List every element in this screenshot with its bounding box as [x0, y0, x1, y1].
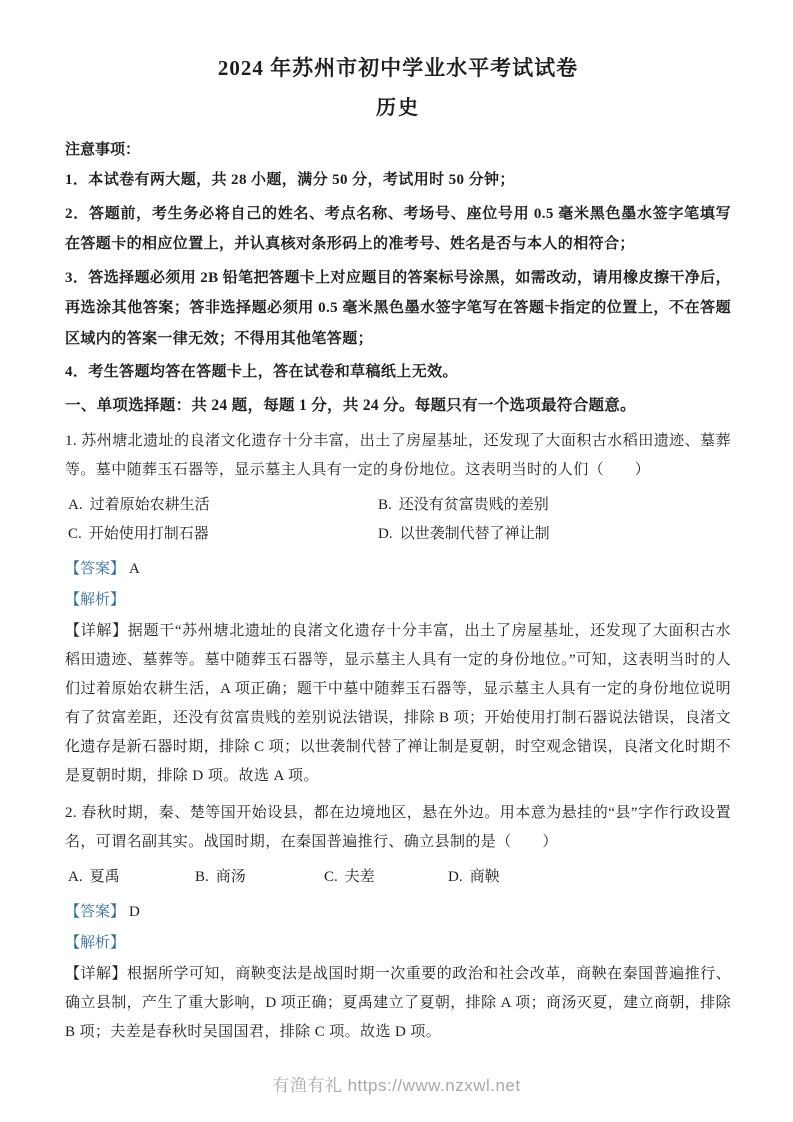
question-2-stem: 2. 春秋时期，秦、楚等国开始设县，都在边境地区，悬在外边。用本意为悬挂的“县”… [65, 799, 731, 857]
notice-section: 注意事项： 1．本试卷有两大题，共 28 小题，满分 50 分，考试用时 50 … [65, 135, 731, 388]
question-1-option-d: D.以世袭制代替了禅让制 [378, 520, 731, 549]
answer-tag: 【答案】 [65, 904, 125, 920]
option-label: A. [68, 497, 83, 513]
option-label: D. [378, 526, 393, 542]
detail-tag: 【详解】 [65, 623, 128, 639]
exam-paper-page: 2024 年苏州市初中学业水平考试试卷 历史 注意事项： 1．本试卷有两大题，共… [0, 0, 793, 1122]
question-1-stem: 1. 苏州塘北遗址的良渚文化遗存十分丰富，出土了房屋基址，还发现了大面积古水稻田… [65, 427, 731, 485]
question-2-detail: 【详解】根据所学可知，商鞅变法是战国时期一次重要的政治和社会改革，商鞅在秦国普遍… [65, 960, 731, 1047]
option-text: 商汤 [216, 869, 246, 885]
question-1-answer-line: 【答案】A [65, 555, 731, 584]
detail-text: 据题干“苏州塘北遗址的良渚文化遗存十分丰富，出土了房屋基址，还发现了大面积古水稻… [65, 623, 731, 784]
question-2-option-a: A.夏禹 [68, 863, 195, 892]
option-label: C. [324, 869, 338, 885]
subject-title: 历史 [65, 96, 731, 121]
option-text: 夏禹 [90, 869, 120, 885]
option-text: 还没有贫富贵贱的差别 [399, 497, 549, 513]
option-label: B. [195, 869, 209, 885]
question-1-analysis-line: 【解析】 [65, 586, 731, 615]
notice-label: 注意事项： [65, 135, 731, 165]
option-text: 过着原始农耕生活 [90, 497, 210, 513]
question-1-detail: 【详解】据题干“苏州塘北遗址的良渚文化遗存十分丰富，出土了房屋基址，还发现了大面… [65, 617, 731, 791]
question-2-analysis-line: 【解析】 [65, 929, 731, 958]
notice-item-3: 3．答选择题必须用 2B 铅笔把答题卡上对应题目的答案标号涂黑，如需改动，请用橡… [65, 263, 731, 355]
question-1-option-a: A.过着原始农耕生活 [68, 491, 378, 520]
section-heading: 一、单项选择题：共 24 题，每题 1 分，共 24 分。每题只有一个选项最符合… [65, 391, 731, 421]
notice-item-4: 4．考生答题均答在答题卡上，答在试卷和草稿纸上无效。 [65, 357, 731, 388]
question-1-options: A.过着原始农耕生活 B.还没有贫富贵贱的差别 C.开始使用打制石器 D.以世袭… [65, 491, 731, 549]
question-1-option-c: C.开始使用打制石器 [68, 520, 378, 549]
analysis-tag: 【解析】 [65, 935, 125, 951]
question-1: 1. 苏州塘北遗址的良渚文化遗存十分丰富，出土了房屋基址，还发现了大面积古水稻田… [65, 427, 731, 791]
question-2-answer-line: 【答案】D [65, 898, 731, 927]
watermark-footer: 有渔有礼 https://www.nzxwl.net [0, 1071, 793, 1096]
option-label: B. [378, 497, 392, 513]
option-label: D. [448, 869, 463, 885]
question-2-options: A.夏禹 B.商汤 C.夫差 D.商鞅 [65, 863, 731, 892]
option-text: 商鞅 [470, 869, 500, 885]
answer-tag: 【答案】 [65, 561, 125, 577]
question-2-option-d: D.商鞅 [448, 863, 731, 892]
option-label: C. [68, 526, 82, 542]
question-2: 2. 春秋时期，秦、楚等国开始设县，都在边境地区，悬在外边。用本意为悬挂的“县”… [65, 799, 731, 1047]
answer-value: D [129, 904, 140, 920]
notice-item-2: 2．答题前，考生务必将自己的姓名、考点名称、考场号、座位号用 0.5 毫米黑色墨… [65, 199, 731, 260]
question-1-option-b: B.还没有贫富贵贱的差别 [378, 491, 731, 520]
notice-item-1: 1．本试卷有两大题，共 28 小题，满分 50 分，考试用时 50 分钟； [65, 165, 731, 196]
detail-tag: 【详解】 [65, 966, 127, 982]
option-text: 夫差 [345, 869, 375, 885]
question-2-option-c: C.夫差 [324, 863, 448, 892]
answer-value: A [129, 561, 140, 577]
page-title: 2024 年苏州市初中学业水平考试试卷 [65, 54, 731, 82]
analysis-tag: 【解析】 [65, 592, 125, 608]
option-label: A. [68, 869, 83, 885]
detail-text: 根据所学可知，商鞅变法是战国时期一次重要的政治和社会改革，商鞅在秦国普遍推行、确… [65, 966, 731, 1040]
question-2-option-b: B.商汤 [195, 863, 324, 892]
option-text: 开始使用打制石器 [89, 526, 209, 542]
option-text: 以世袭制代替了禅让制 [400, 526, 550, 542]
